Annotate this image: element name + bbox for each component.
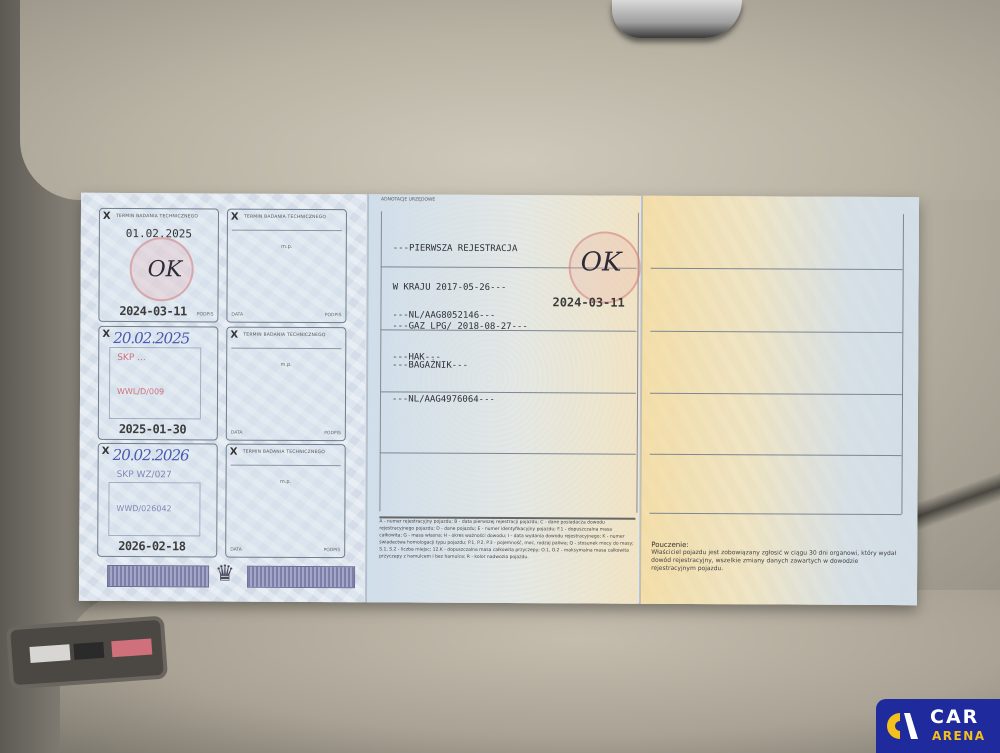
inspection-header: TERMIN BADANIA TECHNICZNEGO: [116, 214, 198, 219]
annotations-header: ADNOTACJE URZĘDOWE: [381, 197, 435, 202]
seat-cushion: [60, 590, 1000, 753]
station-code: SKP WZ/027: [117, 470, 172, 480]
stamp-date: 2026-02-18: [118, 539, 185, 553]
inspection-box-5: X 20.02.2026 SKP WZ/027 WWD/026042 2026-…: [97, 443, 218, 558]
inspection-box-3: X 20.02.2025 SKP ... WWL/D/009 2025-01-3…: [98, 326, 219, 441]
mp-label: m.p.: [228, 244, 346, 251]
seat-backrest: [20, 0, 1000, 200]
annotations-block-2: ---NL/AAG8052146--- ---HAK--- ---NL/AAG4…: [392, 280, 496, 435]
data-label: DATA: [231, 431, 243, 436]
podpis-label: PODPIS: [197, 312, 214, 317]
signature: OK: [581, 247, 622, 277]
annotation-line: ---HAK---: [392, 350, 495, 365]
handwritten-date: 20.02.2025: [113, 329, 189, 347]
annotation-line: ---NL/AAG8052146---: [392, 308, 495, 323]
legend-text: A - numer rejestracyjny pojazdu; B - dat…: [379, 519, 634, 560]
mp-label: m.p.: [227, 362, 345, 369]
signature: OK: [148, 257, 183, 282]
logo-text-car: CAR: [930, 706, 979, 728]
podpis-label: PODPIS: [324, 548, 341, 553]
handwritten-date: 20.02.2026: [113, 446, 189, 464]
podpis-label: PODPIS: [324, 431, 341, 436]
data-label: DATA: [231, 313, 243, 318]
floor-mat-badge: [10, 620, 163, 685]
notice: Pouczenie: Właściciel pojazdu jest zobow…: [651, 541, 901, 574]
inspection-mark: X: [102, 446, 110, 457]
annotation-stamp-date: 2024-03-11: [552, 295, 624, 309]
registration-document: X TERMIN BADANIA TECHNICZNEGO 01.02.2025…: [79, 193, 919, 605]
mp-label: m.p.: [227, 479, 345, 486]
eagle-emblem-icon: ♛: [215, 562, 235, 587]
stamp-date: 2024-03-11: [119, 304, 186, 318]
station-number: WWL/D/009: [117, 387, 164, 396]
inspection-box-6: X TERMIN BADANIA TECHNICZNEGO m.p. DATA …: [225, 444, 346, 559]
logo-text-arena: ARENA: [932, 729, 986, 743]
notes-frame: [649, 213, 904, 514]
inspection-header: TERMIN BADANIA TECHNICZNEGO: [243, 333, 325, 338]
field-legend: A - numer rejestracyjny pojazdu; B - dat…: [379, 516, 635, 599]
stamp-date: 2025-01-30: [119, 422, 186, 436]
station-code: SKP ...: [117, 353, 146, 363]
annotation-line: ---NL/AAG4976064---: [392, 392, 495, 407]
security-band-left: [107, 565, 209, 588]
station-number: WWD/026042: [116, 504, 171, 513]
security-band-right: [247, 566, 355, 589]
inspection-box-1: X TERMIN BADANIA TECHNICZNEGO 01.02.2025…: [98, 208, 219, 323]
car-key-fob: [612, 0, 742, 38]
inspection-mark: X: [102, 329, 110, 340]
car-arena-watermark: CAR ARENA: [876, 699, 1000, 753]
car-arena-logo-icon: [886, 711, 918, 741]
inspection-mark: X: [230, 330, 238, 341]
notice-text: Właściciel pojazdu jest zobowiązany zgło…: [651, 549, 901, 574]
inspection-mark: X: [230, 447, 238, 458]
data-label: DATA: [230, 548, 242, 553]
inspection-mark: X: [103, 211, 111, 222]
inspection-header: TERMIN BADANIA TECHNICZNEGO: [244, 215, 326, 220]
podpis-label: PODPIS: [325, 313, 342, 318]
inspection-box-4: X TERMIN BADANIA TECHNICZNEGO m.p. DATA …: [226, 327, 347, 442]
annotation-line: ---PIERWSZA REJESTRACJA: [393, 242, 529, 256]
inspection-box-2: X TERMIN BADANIA TECHNICZNEGO m.p. DATA …: [226, 209, 347, 324]
inspection-header: TERMIN BADANIA TECHNICZNEGO: [243, 450, 325, 455]
inspection-mark: X: [231, 212, 239, 223]
